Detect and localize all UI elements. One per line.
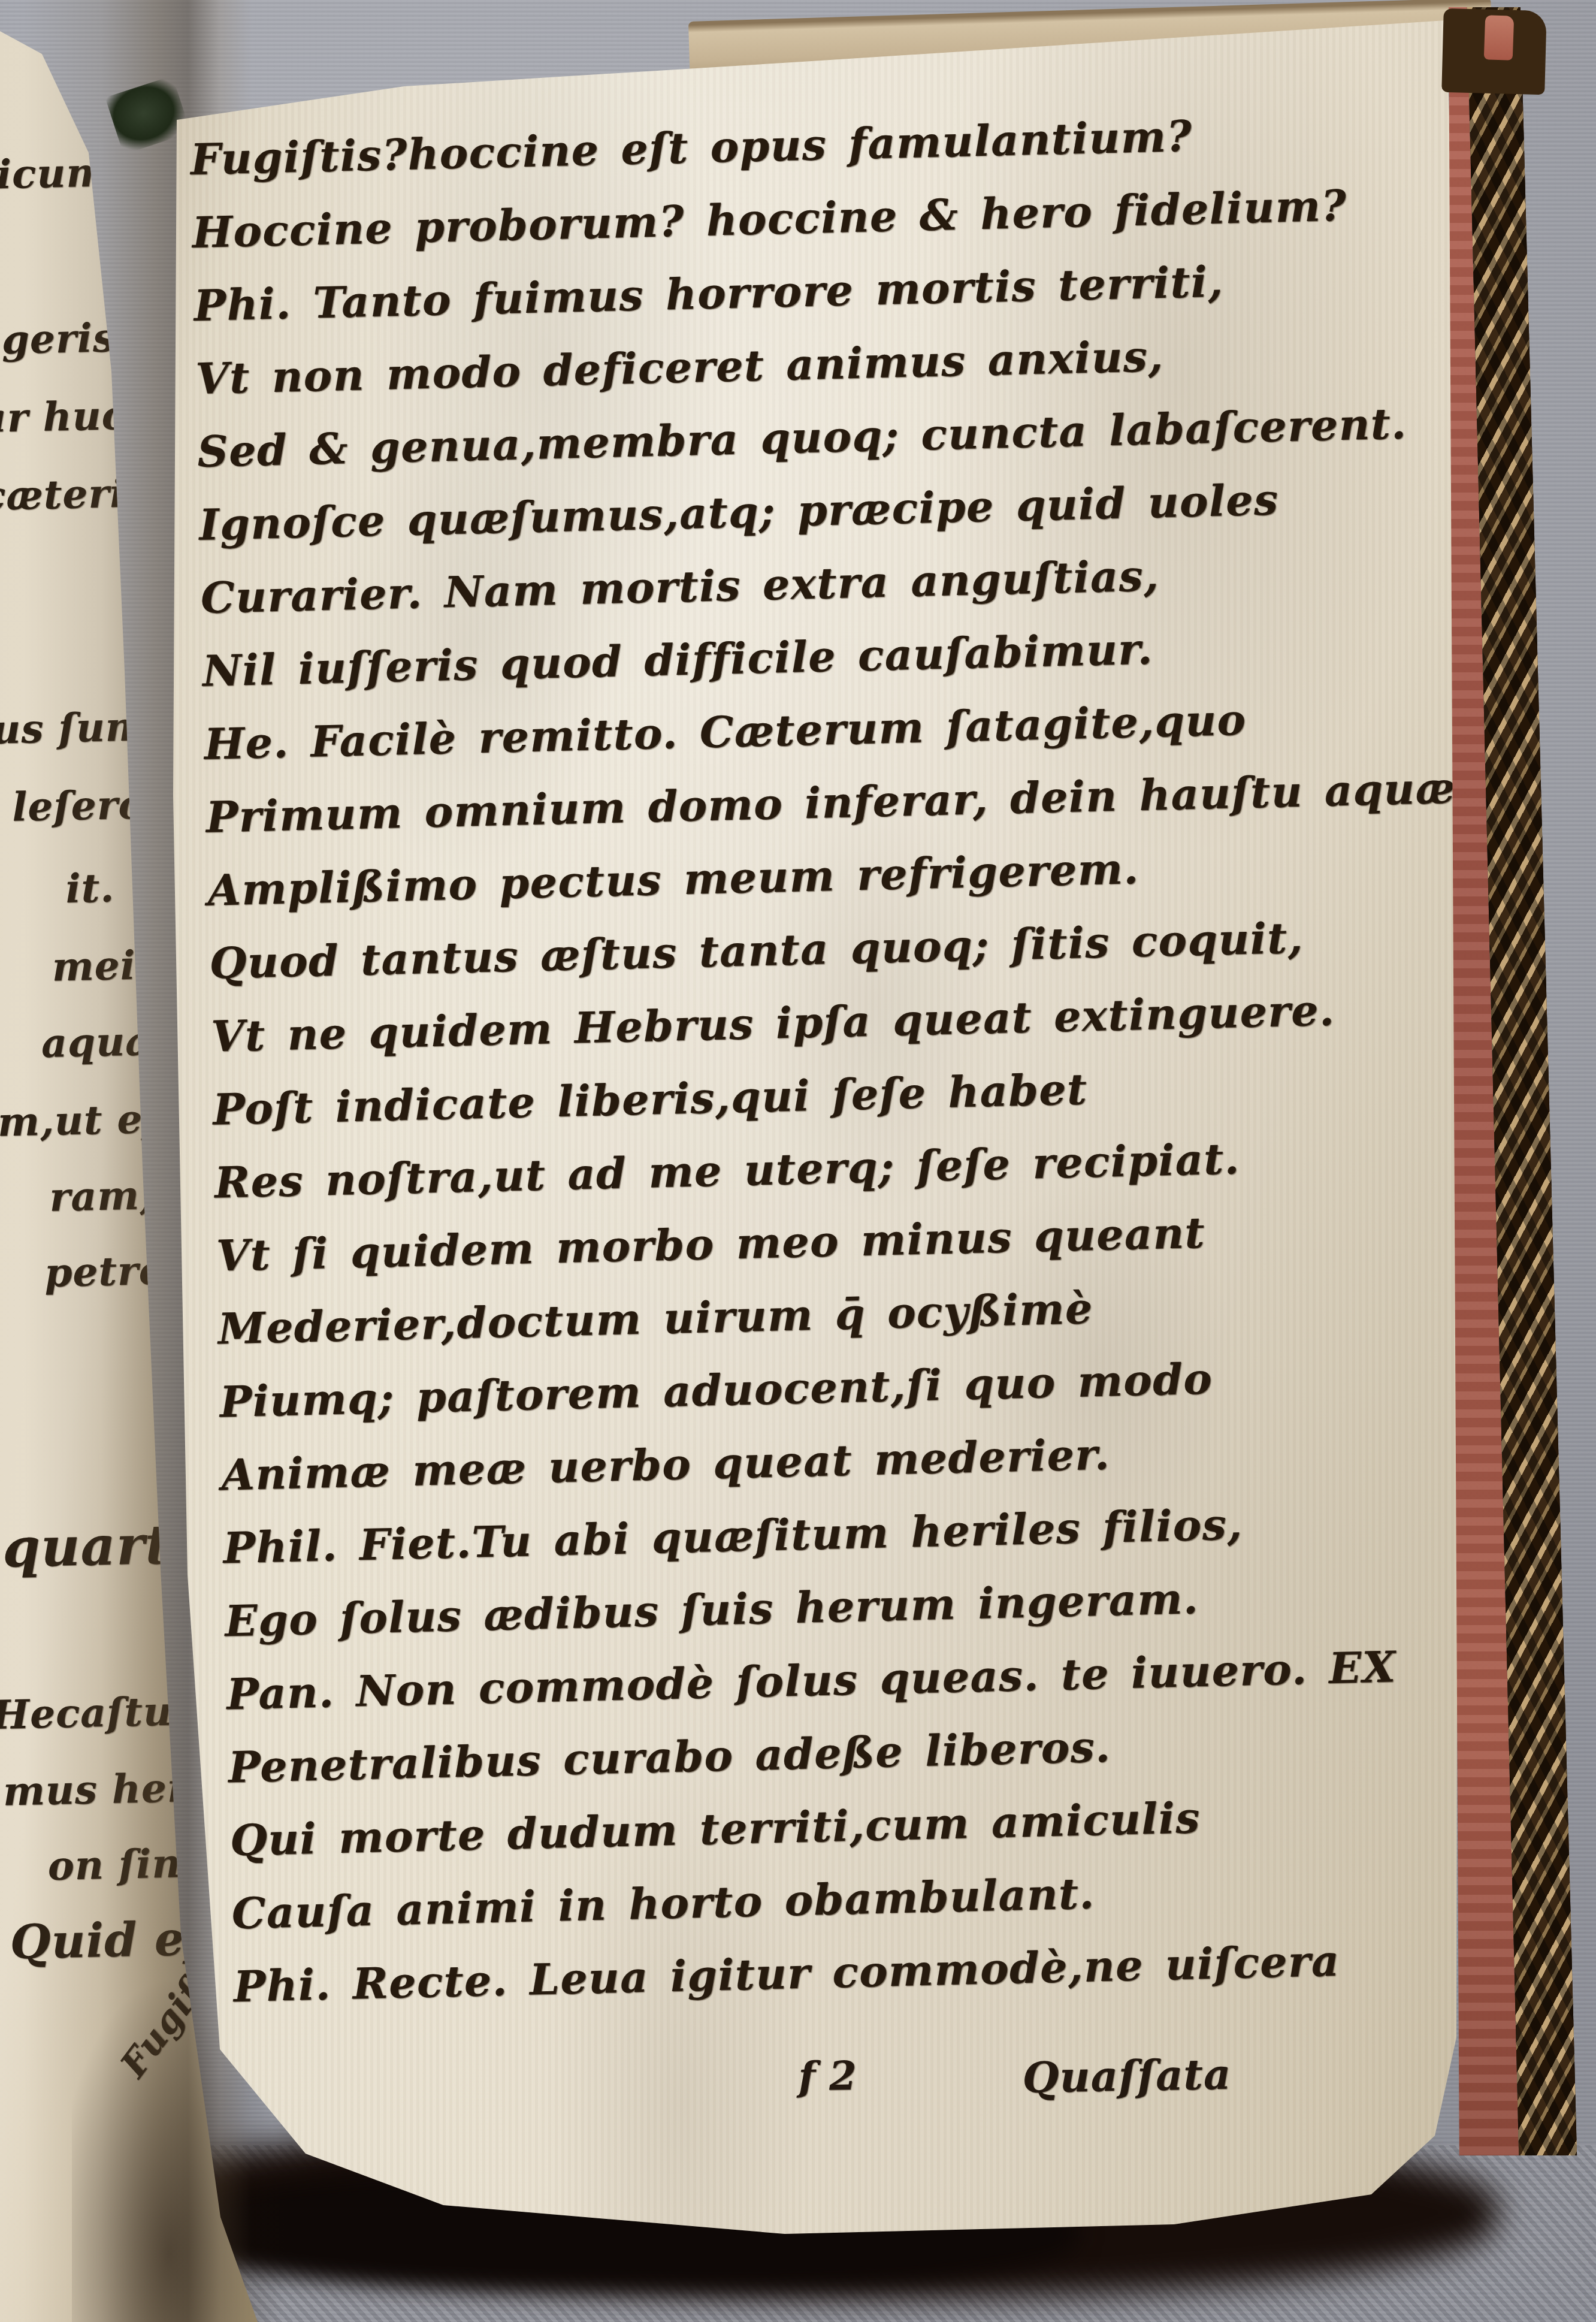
fore-edge <box>1435 7 1588 2155</box>
top-right-red-edge <box>1484 15 1515 61</box>
signature-mark: f 2 <box>798 2052 857 2100</box>
open-book-photo: nicumgeris.tar huc.n cæteristus ſum,leſe… <box>0 0 1596 2322</box>
right-page: Fugiſtis?hoccine eſt opus famulantium?Ho… <box>153 17 1468 2261</box>
catchword: Quaſſata <box>1022 2049 1232 2103</box>
printed-text-block: Fugiſtis?hoccine eſt opus famulantium?Ho… <box>190 105 1480 2034</box>
signature-row: f 2 Quaſſata <box>152 2042 1468 2142</box>
